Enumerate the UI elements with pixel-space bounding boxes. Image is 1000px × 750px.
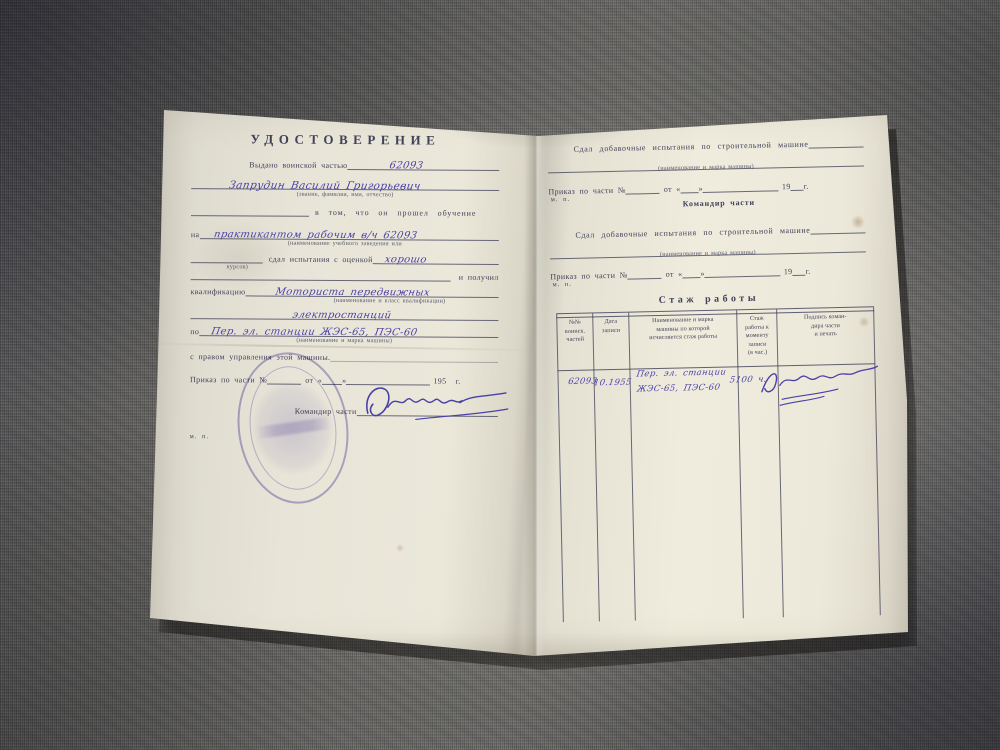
order-from-2: от « bbox=[666, 269, 683, 278]
order-year-1: 19 bbox=[782, 182, 791, 191]
order-day-blank-1 bbox=[680, 179, 698, 193]
header-signature: Подпись коман- дира части и печать bbox=[777, 307, 874, 340]
commander-signature bbox=[358, 381, 510, 426]
round-ink-stamp-icon bbox=[228, 345, 358, 511]
issued-line: Выдано воинской частью 62093 bbox=[191, 155, 499, 171]
order-suffix-1: г. bbox=[804, 182, 809, 191]
qualification-label: квалификацию bbox=[191, 287, 246, 296]
order-from-1: от « bbox=[664, 184, 681, 193]
place-prefix: на bbox=[191, 230, 200, 239]
col-signature: Подпись коман- дира части и печать bbox=[777, 307, 881, 617]
col-machine: Наименование и марка машины по которой и… bbox=[629, 310, 744, 620]
machine-prefix: по bbox=[190, 327, 199, 336]
order-line-2: Приказ по части № от « » 19 г. bbox=[550, 260, 866, 281]
order-year-2: 19 bbox=[784, 267, 793, 276]
qualification-underline-2: электростанций bbox=[190, 305, 498, 321]
header-date: Дата записи bbox=[593, 313, 628, 336]
order-suffix-2: г. bbox=[805, 267, 810, 276]
row-machine-handwritten-2: ЖЭС-65, ПЭС-60 bbox=[636, 384, 721, 394]
certificate-document: УДОСТОВЕРЕНИЕ Выдано воинской частью 620… bbox=[150, 100, 910, 660]
place-caption: (наименование учебного заведения или bbox=[191, 239, 499, 248]
order-month-blank-1 bbox=[703, 177, 779, 193]
seal-mark: м. п. bbox=[190, 433, 210, 440]
qualification-underline: Моториста передвижных bbox=[245, 282, 498, 298]
name-underline: Запрудин Василий Григорьевич bbox=[191, 175, 499, 191]
seal-mark-2: м. п. bbox=[552, 281, 572, 288]
seal-mark-1: м. п. bbox=[551, 196, 571, 203]
extra-exam-text-1: Сдал добавочные испытания по строительно… bbox=[573, 140, 808, 154]
order-label-2: Приказ по части № bbox=[550, 271, 627, 282]
received-text: и получил bbox=[459, 273, 499, 282]
statement-line: в том, что он прошел обучение bbox=[191, 202, 499, 218]
issued-underline: 62093 bbox=[347, 156, 499, 171]
order-day-blank-2 bbox=[682, 264, 700, 278]
order-number-blank-2 bbox=[627, 265, 661, 280]
extra-exam-blank-2 bbox=[810, 219, 865, 234]
experience-title: Стаж работы bbox=[551, 290, 867, 308]
extra-exam-text-2: Сдал добавочные испытания по строительно… bbox=[575, 226, 810, 240]
extra-exam-line-2: Сдал добавочные испытания по строительно… bbox=[549, 219, 865, 240]
qualification-line-2: электростанций bbox=[190, 305, 498, 321]
statement-underline bbox=[191, 202, 309, 217]
unit-number-handwritten: 62093 bbox=[389, 161, 425, 171]
exam-underline: хорошо bbox=[373, 250, 499, 265]
exam-grade-handwritten: хорошо bbox=[384, 255, 428, 265]
exam-label: сдал испытания с оценкой bbox=[269, 255, 373, 265]
order-year-blank-2 bbox=[792, 262, 805, 276]
row-date-handwritten: 10.1955 bbox=[593, 378, 640, 388]
exam-lead-underline bbox=[191, 249, 263, 263]
certificate-left-page: УДОСТОВЕРЕНИЕ Выдано воинской частью 620… bbox=[148, 99, 536, 661]
order-month-blank-2 bbox=[705, 262, 781, 278]
row-machine-handwritten-1: Пер. эл. станции bbox=[636, 368, 727, 378]
header-hours: Стаж работы к моменту записи (в час.) bbox=[737, 309, 777, 357]
photo-stage: УДОСТОВЕРЕНИЕ Выдано воинской частью 620… bbox=[0, 0, 1000, 750]
col-hours: Стаж работы к моменту записи (в час.) bbox=[737, 309, 784, 618]
certificate-right-page: Сдал добавочные испытания по строительно… bbox=[531, 93, 917, 661]
order-year-blank-1 bbox=[790, 177, 803, 191]
extra-exam-blank-1 bbox=[808, 133, 863, 148]
received-underline bbox=[191, 266, 451, 282]
statement-text: в том, что он прошел обучение bbox=[315, 208, 476, 218]
order-line-1: Приказ по части № от « » 19 г. bbox=[548, 175, 864, 196]
commander-label-right: Командир части bbox=[573, 195, 865, 210]
qualification-handwritten-2: электростанций bbox=[291, 311, 392, 322]
order-label-1: Приказ по части № bbox=[548, 186, 625, 197]
document-title: УДОСТОВЕРЕНИЕ bbox=[199, 131, 491, 149]
qualification-caption: (наименование и класс квалификации) bbox=[280, 297, 498, 305]
name-caption: (звание, фамилия, имя, отчество) bbox=[191, 190, 499, 199]
received-line: и получил bbox=[191, 266, 499, 282]
header-machine: Наименование и марка машины по которой и… bbox=[629, 310, 737, 343]
qualification-line: квалификацию Моториста передвижных bbox=[191, 282, 499, 298]
extra-exam-line-1: Сдал добавочные испытания по строительно… bbox=[547, 133, 863, 154]
experience-table: №№ воинск. частей Дата записи Наименован… bbox=[556, 306, 881, 622]
issued-label: Выдано воинской частью bbox=[249, 160, 347, 170]
header-unit: №№ воинск. частей bbox=[557, 313, 593, 344]
name-line: Запрудин Василий Григорьевич bbox=[191, 175, 499, 191]
row-signature bbox=[753, 359, 880, 408]
order-number-blank-1 bbox=[626, 180, 660, 195]
